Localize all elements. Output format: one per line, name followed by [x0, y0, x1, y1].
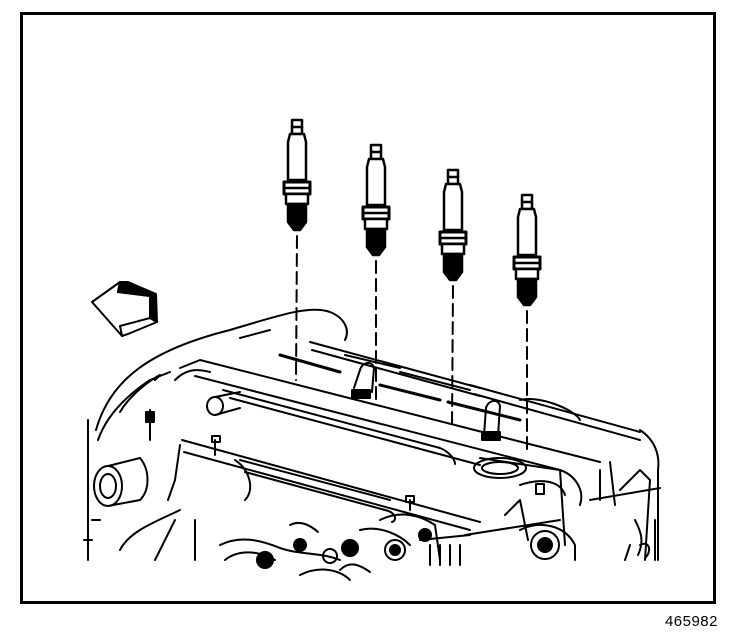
spark-plug-icon [284, 120, 310, 230]
vent-tubes [207, 363, 500, 440]
camshaft-cover [175, 342, 658, 560]
front-arrow-icon [92, 282, 157, 336]
spark-plug-icon [363, 145, 389, 255]
engine-diagram [0, 0, 752, 644]
spark-plug-icon [514, 195, 540, 305]
spark-plugs [284, 120, 540, 305]
air-intake-duct [96, 310, 347, 440]
thermostat-housing [84, 410, 250, 560]
spark-plug-icon [440, 170, 466, 280]
figure-number: 465982 [665, 613, 718, 630]
